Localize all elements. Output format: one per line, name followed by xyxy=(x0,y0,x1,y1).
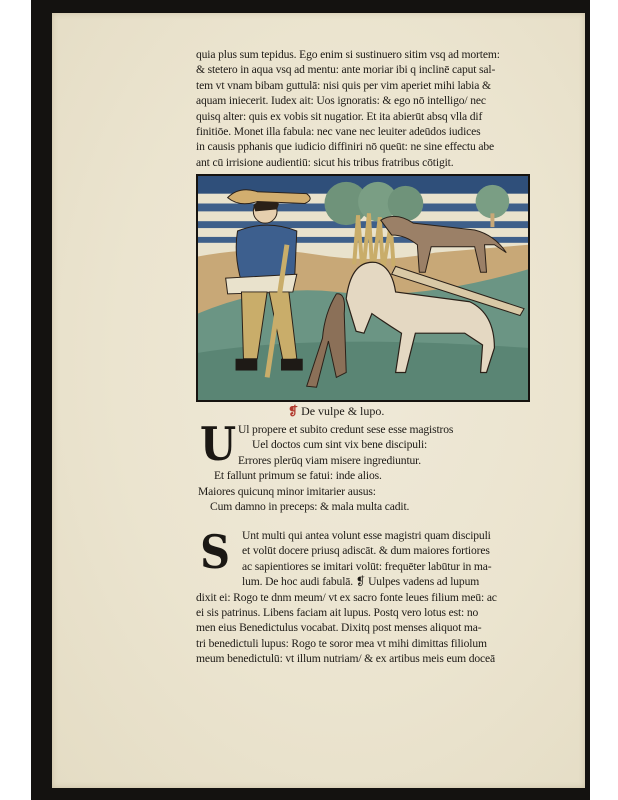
prose-line: men eius Benedictulus vocabat. Dixitq po… xyxy=(196,620,534,635)
text-line: aquam iniecerit. Iudex ait: Uos ignorati… xyxy=(196,93,536,108)
text-line: & stetero in aqua vsq ad mentu: ante mor… xyxy=(196,62,536,77)
decorated-initial-v: U xyxy=(197,420,239,470)
prose-line: Unt multi qui antea volunt esse magistri… xyxy=(242,528,534,543)
text-line: ant cū irrisione audientiū: sicut his tr… xyxy=(196,155,536,170)
woodcut-illustration xyxy=(196,174,530,402)
verse-line: Ul propere et subito credunt sese esse m… xyxy=(238,422,538,437)
text-line: quisq alter: quis ex vobis sit nugatior.… xyxy=(196,109,536,124)
fable-title: ❡ De vulpe & lupo. xyxy=(288,404,384,419)
pilcrow-icon: ❡ xyxy=(288,404,298,418)
text-line: finitiōe. Monet illa fabula: nec vane ne… xyxy=(196,124,536,139)
prose-line: ac sapientiores se imitari volūt: frequē… xyxy=(242,559,534,574)
prose-line: lum. De hoc audi fabulā. ❡ Uulpes vadens… xyxy=(242,574,534,589)
prose-line: tri benedictuli lupus: Rogo te soror mea… xyxy=(196,636,534,651)
text-line: quia plus sum tepidus. Ego enim si susti… xyxy=(196,47,536,62)
prose-block: Unt multi qui antea volunt esse magistri… xyxy=(242,528,534,667)
verse-line: Uel doctos cum sint vix bene discipuli: xyxy=(238,437,538,452)
woodcut-scene-icon xyxy=(198,176,528,400)
prose-line: meum benedictulū: vt illum nutriam/ & ex… xyxy=(196,651,534,666)
text-line: in causis pphanis que iudicio diffiniri … xyxy=(196,139,536,154)
verse-block: Ul propere et subito credunt sese esse m… xyxy=(238,422,538,514)
top-text-block: quia plus sum tepidus. Ego enim si susti… xyxy=(196,47,536,170)
text-line: tem vt vnam bibam guttulā: nisi quis per… xyxy=(196,78,536,93)
prose-line: et volūt docere priusq adiscāt. & dum ma… xyxy=(242,543,534,558)
verse-line: Maiores quicunq minor imitarier ausus: xyxy=(198,484,538,499)
fable-title-text: De vulpe & lupo. xyxy=(301,404,384,418)
prose-line: ei sis patrinus. Libens faciam ait lupus… xyxy=(196,605,534,620)
verse-line: Cum damno in preceps: & mala multa cadit… xyxy=(210,499,538,514)
prose-line: dixit ei: Rogo te dnm meum/ vt ex sacro … xyxy=(196,590,534,605)
verse-line: Errores plerūq viam misere ingrediuntur. xyxy=(238,453,538,468)
decorated-initial-s: S xyxy=(197,528,241,586)
verse-line: Et fallunt primum se fatui: inde alios. xyxy=(214,468,538,483)
